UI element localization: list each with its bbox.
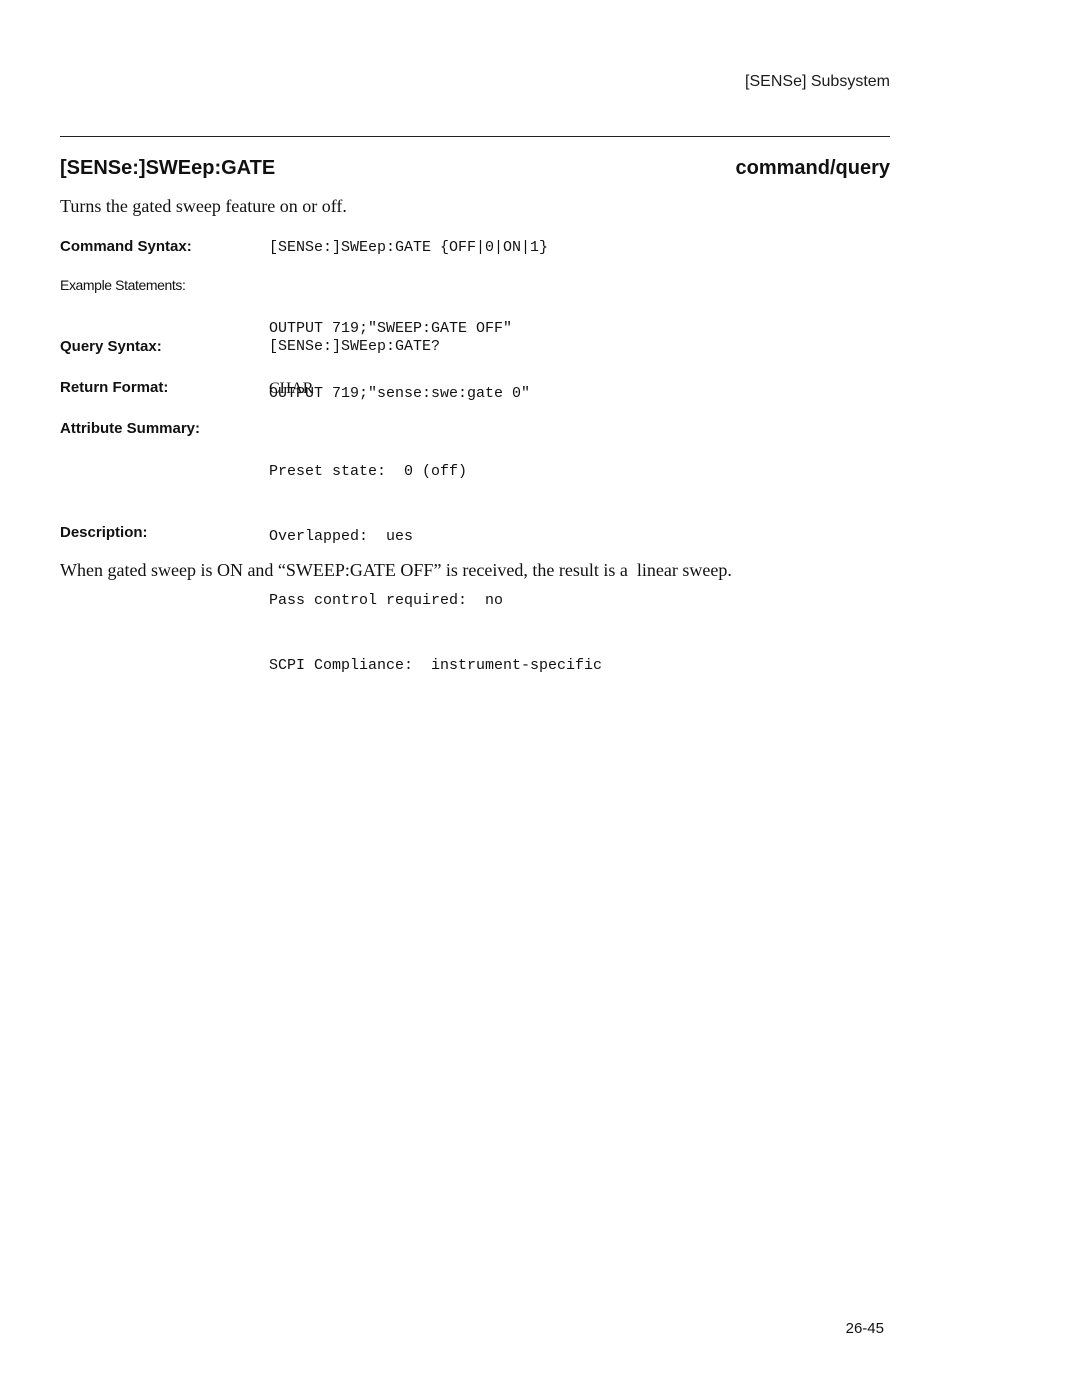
attribute-line: Overlapped: ues — [269, 526, 602, 548]
return-format-value: CHAR — [269, 378, 313, 400]
command-title: [SENSe:]SWEep:GATE — [60, 157, 275, 180]
attribute-line: Preset state: 0 (off) — [269, 461, 602, 483]
example-statements-label: Example Statements: — [60, 277, 185, 293]
attribute-line: Pass control required: no — [269, 590, 602, 612]
command-type: command/query — [736, 157, 890, 180]
running-header: [SENSe] Subsystem — [745, 73, 890, 91]
description-text: When gated sweep is ON and “SWEEP:GATE O… — [60, 560, 732, 581]
command-syntax-value: [SENSe:]SWEep:GATE {OFF|0|ON|1} — [269, 237, 548, 259]
description-label: Description: — [60, 524, 148, 541]
command-syntax-label: Command Syntax: — [60, 238, 192, 255]
attribute-summary-block: Preset state: 0 (off) Overlapped: ues Pa… — [269, 418, 602, 698]
section-rule — [60, 136, 890, 137]
command-summary: Turns the gated sweep feature on or off. — [60, 196, 347, 217]
query-syntax-label: Query Syntax: — [60, 338, 162, 355]
return-format-label: Return Format: — [60, 379, 168, 396]
attribute-summary-label: Attribute Summary: — [60, 420, 200, 437]
query-syntax-value: [SENSe:]SWEep:GATE? — [269, 336, 440, 358]
page-number: 26-45 — [846, 1320, 884, 1337]
attribute-line: SCPI Compliance: instrument-specific — [269, 655, 602, 677]
